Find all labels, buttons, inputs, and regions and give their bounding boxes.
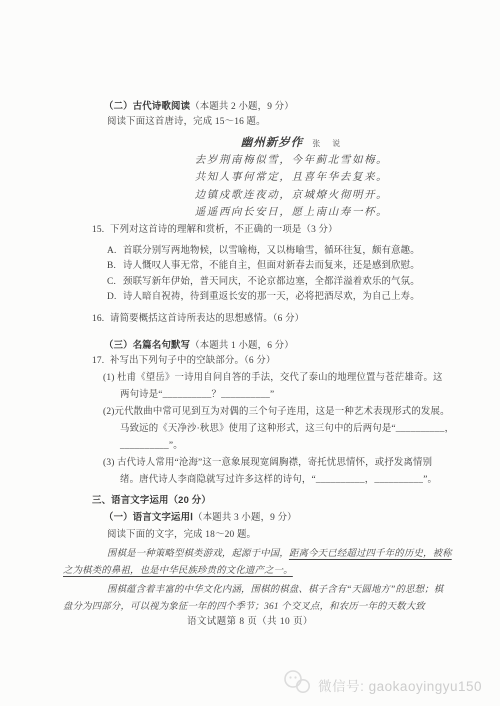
question-16-stem: 请简要概括这首诗所表达的思想感情。（6 分） — [110, 314, 304, 324]
question-17-stem: 补写出下列句子中的空缺部分。（6 分） — [110, 356, 276, 366]
watermark: 微信号: gaokaoyingyu150 — [282, 668, 482, 701]
option-d: D.诗人暗自祝祷，待到重返长安的那一天，必将把酒尽欢，为自己上寿。 — [107, 290, 448, 306]
poem-line: 去岁荆南梅似雪，今年蓟北雪如梅。 — [135, 152, 448, 169]
question-15-options: A.首联分别写两地物候，以雪喻梅，又以梅喻雪，循环往复，颇有意趣。 B.诗人慨叹… — [63, 244, 448, 306]
section-2-intro: 阅读下面这首唐诗，完成 15～16 题。 — [107, 114, 448, 131]
section-3-title: （三）名篇名句默写 — [104, 339, 190, 350]
poem-line: 边镇戍歌连夜动，京城燎火彻明开。 — [135, 187, 448, 204]
section-lang-sub-header: （一）语言文字运用Ⅰ（本题共 3 小题，9 分） — [104, 508, 448, 525]
q17-item-3-line-2: 绪。唐代诗人李商隐就写过许多这样的诗句，“__________，________… — [120, 472, 448, 489]
poem-author: 张 说 — [312, 139, 342, 148]
page-footer: 语文试题第 8 页（共 10 页） — [0, 613, 500, 627]
section-2-header: （二）古代诗歌阅读（本题共 2 小题，9 分） — [104, 97, 448, 114]
question-15: 15.下列对这首诗的理解和赏析，不正确的一项是（3 分） — [92, 222, 448, 239]
poem-title-line: 幽州新岁作张 说 — [135, 135, 448, 152]
section-2-points: （本题共 2 小题，9 分） — [190, 102, 294, 112]
q17-item-1-line-2: 两句诗是“__________？__________” — [120, 387, 448, 404]
wechat-bubbles-icon — [282, 668, 312, 701]
watermark-text: 微信号: gaokaoyingyu150 — [318, 675, 482, 695]
q17-item-2-line-3: __________”。 — [120, 438, 448, 455]
option-a-label: A. — [107, 244, 119, 260]
q17-item-1-line-1: (1) 杜甫《望岳》一诗用自问自答的手法，交代了泰山的地理位置与苍茫雄奇。这 — [103, 370, 448, 387]
weiqi-para-2-line-1: 围棋蕴含着丰富的中华文化内涵，围棋的棋盘、棋子含有“天圆地方”的思想；棋 — [107, 582, 448, 599]
option-b-label: B. — [107, 259, 119, 275]
q17-item-2-line-1: (2)元代散曲中常可见到互为对偶的三个句子连用，这是一种艺术表现形式的发展。 — [103, 404, 448, 421]
section-lang-header: 三、语言文字运用（20 分） — [92, 491, 448, 508]
section-2-title: （二）古代诗歌阅读 — [104, 100, 190, 111]
poem-line: 遥遥西向长安日，愿上南山寿一杯。 — [135, 204, 448, 221]
question-15-number: 15. — [92, 222, 106, 239]
option-b: B.诗人慨叹人事无常，不能自主，但面对新春去而复来，还是感到欣慰。 — [107, 259, 448, 275]
question-17-number: 17. — [92, 353, 106, 370]
weiqi-para-1-line-2: 之为棋类的鼻祖，也是中华民族珍贵的文化遗产之一。 — [63, 563, 448, 580]
question-17: 17.补写出下列句子中的空缺部分。（6 分） — [92, 353, 448, 370]
poem-title: 幽州新岁作 — [241, 137, 304, 149]
para-1-underlined-b: 之为棋类的鼻祖，也是中华民族珍贵的文化遗产之一。 — [63, 566, 293, 576]
weiqi-para-1-line-1: 围棋是一种策略型棋类游戏，起源于中国，距离今天已经超过四千年的历史，被称 — [107, 546, 448, 563]
option-d-label: D. — [107, 290, 119, 306]
q17-item-2-line-2: 马致远的《天净沙·秋思》使用了这种形式，这三句中的后两句是“__________… — [120, 421, 448, 438]
question-15-stem: 下列对这首诗的理解和赏析，不正确的一项是（3 分） — [110, 225, 338, 235]
section-lang-sub-title: （一）语言文字运用Ⅰ — [104, 511, 193, 522]
section-lang-sub-points: （本题共 3 小题，9 分） — [193, 513, 297, 523]
question-16: 16.请简要概括这首诗所表达的思想感情。（6 分） — [92, 311, 448, 328]
q17-item-3-line-1: (3) 古代诗人常用“沧海”这一意象展现宽阔胸襟，寄托忧思情怀，或抒发离情别 — [103, 455, 448, 472]
poem-block: 幽州新岁作张 说 去岁荆南梅似雪，今年蓟北雪如梅。 共知人事何常定，且喜年华去复… — [63, 135, 448, 222]
option-c: C.颈联写新年伊始，普天同庆，不论京都边塞，全都洋溢着欢乐的气氛。 — [107, 275, 448, 291]
section-3-header: （三）名篇名句默写（本题共 1 小题，6 分） — [104, 336, 448, 353]
exam-paper-page: （二）古代诗歌阅读（本题共 2 小题，9 分） 阅读下面这首唐诗，完成 15～1… — [0, 0, 500, 706]
option-a: A.首联分别写两地物候，以雪喻梅，又以梅喻雪，循环往复，颇有意趣。 — [107, 244, 448, 260]
option-c-label: C. — [107, 275, 119, 291]
para-1-normal: 围棋是一种策略型棋类游戏，起源于中国， — [107, 549, 289, 559]
para-1-underlined-a: 距离今天已经超过四千年的历史，被称 — [289, 549, 452, 559]
section-lang-intro: 阅读下面的文字，完成 18～20 题。 — [107, 527, 448, 544]
page-content: （二）古代诗歌阅读（本题共 2 小题，9 分） 阅读下面这首唐诗，完成 15～1… — [63, 97, 448, 616]
question-16-number: 16. — [92, 311, 106, 328]
section-3-points: （本题共 1 小题，6 分） — [190, 341, 294, 351]
poem-line: 共知人事何常定，且喜年华去复来。 — [135, 169, 448, 186]
